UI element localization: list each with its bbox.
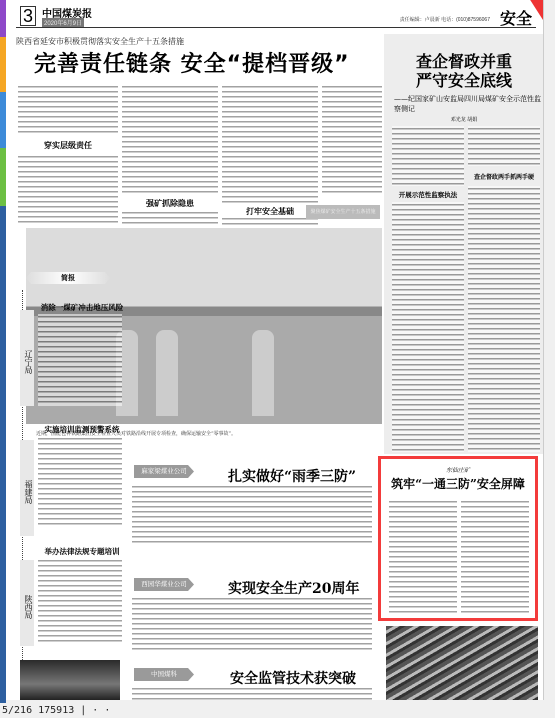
region-tab-fujian: 福建局 bbox=[20, 440, 34, 536]
lead-body-col4 bbox=[322, 84, 382, 194]
region-tab-liaoning: 辽宁局 bbox=[20, 310, 34, 406]
lead-body-col3 bbox=[222, 84, 318, 204]
editor-line: 责任编辑：卢晨新 电话：(010)87596067 bbox=[400, 16, 490, 23]
brief-body-1 bbox=[38, 314, 122, 406]
briefs-sidebar: 简报 辽宁局 消除一煤矿冲击地压风险 福建局 实施培训监测预警系统 陕西局 举办… bbox=[20, 290, 116, 690]
highlight-box[interactable]: 东仙庄矿 筑牢“一通三防”安全屏障 bbox=[378, 456, 538, 621]
lead-subhead-1: 穿实层级责任 bbox=[18, 140, 118, 151]
article-body-1 bbox=[132, 484, 372, 546]
right-feature-body-d bbox=[468, 186, 540, 452]
right-feature-body-b bbox=[392, 202, 464, 452]
right-feature-body-c bbox=[468, 126, 540, 166]
newspaper-page: 3 中国煤炭报 2020年6月9日 责任编辑：卢晨新 电话：(010)87596… bbox=[6, 0, 544, 700]
article-title-tech-breakthrough: 安全监管技术获突破 bbox=[230, 668, 356, 688]
highlight-title: 筑牢“一通三防”安全屏障 bbox=[381, 475, 535, 492]
article-body-2 bbox=[132, 596, 372, 650]
right-feature-subhead-2: 查企督政两手抓两手硬 bbox=[468, 172, 540, 181]
lead-subhead-2: 强矿抓除隐患 bbox=[122, 198, 218, 209]
right-feature-title-line2: 严守安全底线 bbox=[384, 71, 544, 90]
right-feature-byline: 邓光龙 胡娟 bbox=[384, 116, 544, 123]
article-title-20-years: 实现安全生产20周年 bbox=[228, 578, 359, 598]
masthead: 3 中国煤炭报 2020年6月9日 责任编辑：卢晨新 电话：(010)87596… bbox=[16, 4, 536, 28]
photo-person-2 bbox=[156, 330, 178, 416]
region-tab-shaanxi: 陕西局 bbox=[20, 560, 34, 646]
right-feature-body-a bbox=[392, 126, 464, 186]
right-feature-title: 查企督政并重 严守安全底线 bbox=[384, 52, 544, 90]
company-tag-xiyuan: 西园华煤业公司 bbox=[134, 578, 194, 591]
lead-headline: 完善责任链条 安全“提档晋级” bbox=[34, 47, 350, 78]
meeting-photo bbox=[20, 660, 120, 700]
lead-body-col2b bbox=[122, 210, 218, 226]
company-tag-ccteg: 中国煤科 bbox=[134, 668, 194, 681]
lead-body-col2 bbox=[122, 84, 218, 194]
lead-body-col1b bbox=[18, 154, 118, 224]
page-number: 3 bbox=[20, 6, 36, 26]
briefs-banner: 简报 bbox=[26, 272, 110, 284]
photo-person-3 bbox=[252, 330, 274, 416]
lead-banner: 聚焦煤矿安全生产十五条措施 bbox=[306, 205, 380, 219]
paper-date: 2020年6月9日 bbox=[42, 18, 84, 27]
right-feature-box: 查企督政并重 严守安全底线 ——纪国家矿山安监局四川局煤矿安全示范性监察侧记 邓… bbox=[384, 34, 544, 454]
lead-body-col1 bbox=[18, 84, 118, 136]
brief-title-2: 实施培训监测预警系统 bbox=[36, 424, 128, 435]
highlight-body-right bbox=[461, 499, 529, 615]
highlight-kicker: 东仙庄矿 bbox=[381, 465, 535, 474]
article-title-rainy-season: 扎实做好“雨季三防” bbox=[228, 466, 356, 486]
right-feature-subtitle: ——纪国家矿山安监局四川局煤矿安全示范性监察侧记 bbox=[394, 94, 542, 114]
brief-title-3: 举办法律法规专题培训 bbox=[36, 546, 128, 557]
right-feature-title-line1: 查企督政并重 bbox=[384, 52, 544, 71]
brief-body-2 bbox=[38, 436, 122, 526]
company-tag-majialiang: 麻家梁煤业公司 bbox=[134, 465, 194, 478]
brief-title-1: 消除一煤矿冲击地压风险 bbox=[36, 302, 128, 313]
lead-kicker: 陕西省延安市积极贯彻落实安全生产十五条措施 bbox=[16, 36, 184, 47]
brief-body-3 bbox=[38, 558, 122, 644]
section-title: 安全 bbox=[500, 6, 532, 29]
status-bar: 5/216 175913 | · · bbox=[0, 703, 555, 718]
article-body-3 bbox=[132, 686, 372, 700]
highlight-body-left bbox=[389, 499, 457, 615]
tunnel-photo bbox=[386, 626, 538, 700]
lead-body-col3b bbox=[222, 216, 318, 226]
right-feature-subhead-1: 开展示范性监察执法 bbox=[392, 190, 464, 199]
